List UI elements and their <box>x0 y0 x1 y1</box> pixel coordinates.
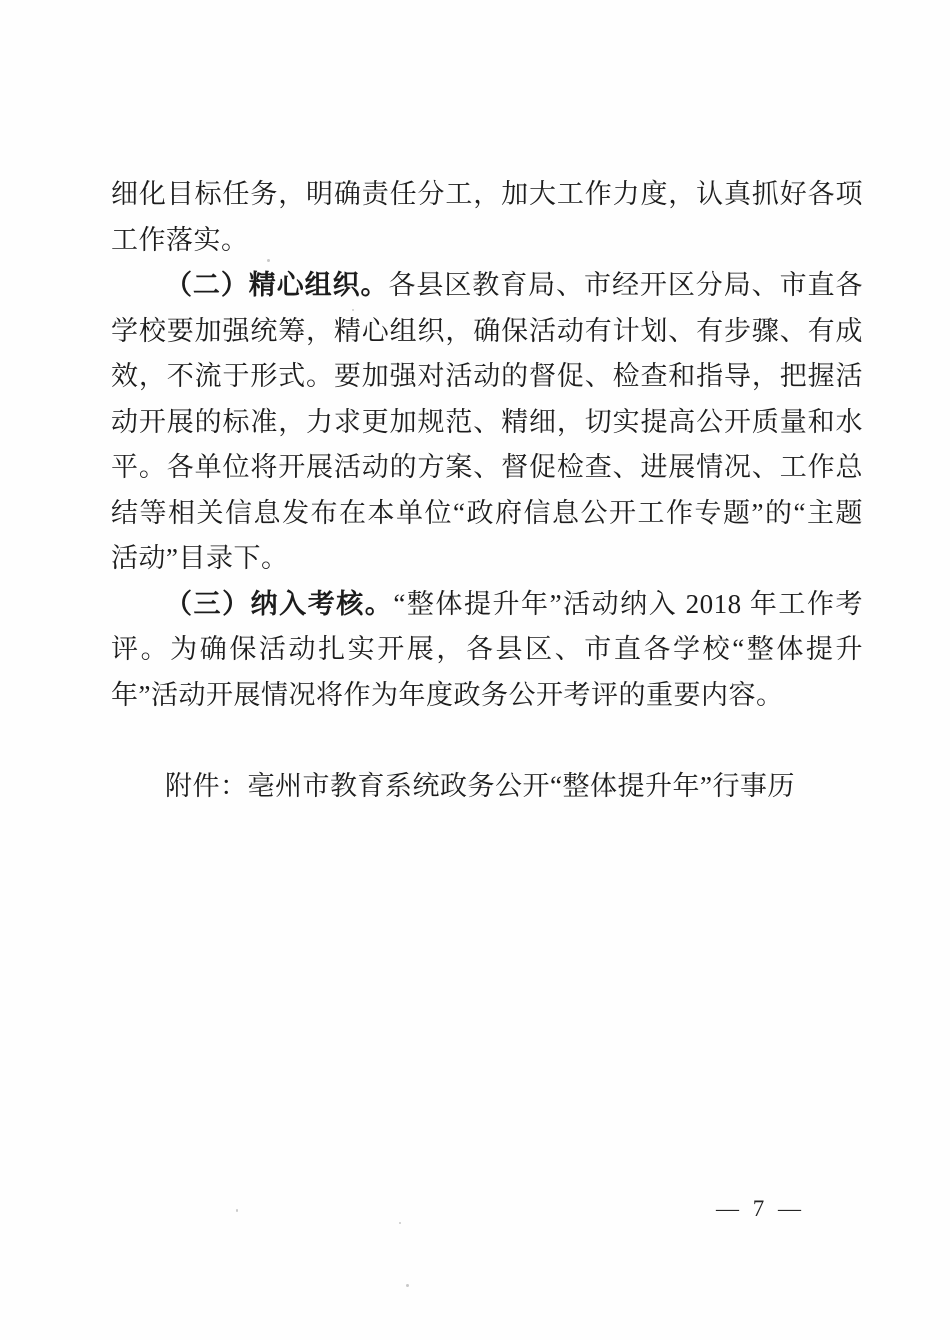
paragraph-continuation: 细化目标任务，明确责任分工，加大工作力度，认真抓好各项工作落实。 <box>111 172 863 263</box>
paragraph-text-run: 各县区教育局、市经开区分局、市直各学校要加强统筹，精心组织，确保活动有计划、有步… <box>111 270 863 573</box>
paragraph-text-run: 细化目标任务，明确责任分工，加大工作力度，认真抓好各项工作落实。 <box>111 179 863 255</box>
paragraph-heading-run: （三）纳入考核。 <box>165 589 393 619</box>
scan-speck <box>352 309 354 311</box>
paragraph-heading-run: （二）精心组织。 <box>165 270 389 300</box>
document-body: 细化目标任务，明确责任分工，加大工作力度，认真抓好各项工作落实。（二）精心组织。… <box>111 172 863 810</box>
scanned-document-page: 细化目标任务，明确责任分工，加大工作力度，认真抓好各项工作落实。（二）精心组织。… <box>0 0 950 1340</box>
paragraph-text-run: 附件：亳州市教育系统政务公开“整体提升年”行事历 <box>165 771 795 801</box>
scan-speck <box>399 1222 401 1224</box>
page-number: — 7 — <box>716 1196 805 1222</box>
paragraph-item-2: （二）精心组织。各县区教育局、市经开区分局、市直各学校要加强统筹，精心组织，确保… <box>111 263 863 582</box>
scan-speck <box>236 1209 238 1212</box>
scan-speck <box>267 259 270 262</box>
scan-speck <box>406 1284 409 1287</box>
paragraph-attachment: 附件：亳州市教育系统政务公开“整体提升年”行事历 <box>111 764 863 810</box>
paragraph-item-3: （三）纳入考核。“整体提升年”活动纳入 2018 年工作考评。为确保活动扎实开展… <box>111 582 863 719</box>
